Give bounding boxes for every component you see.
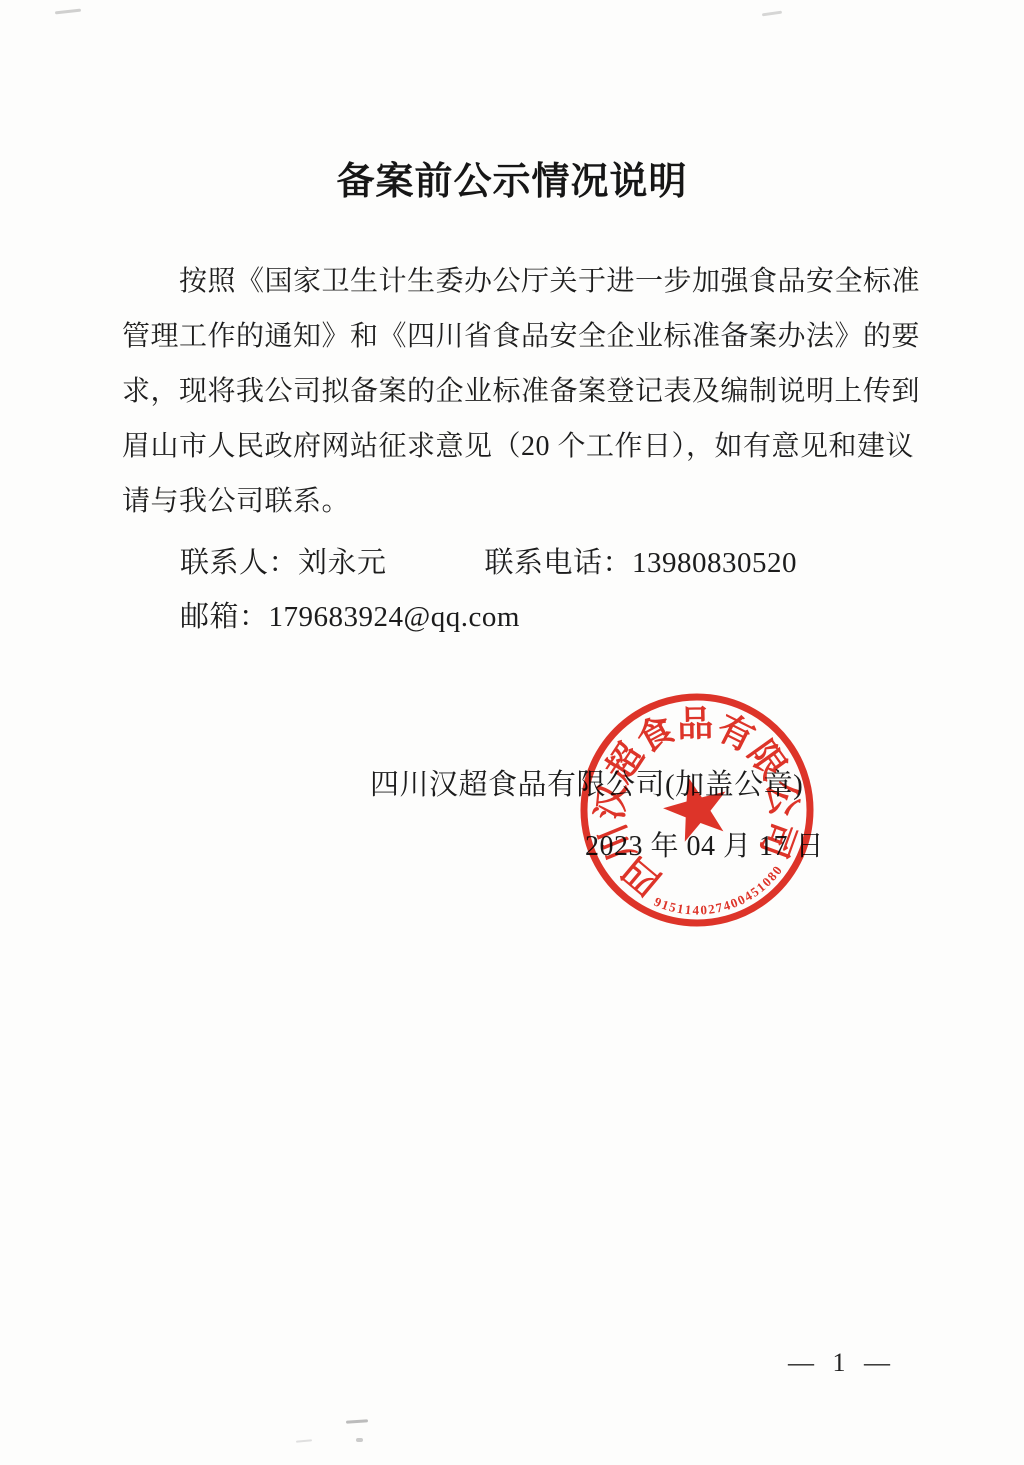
seal-credit-code-char: 0 [700,902,707,917]
scan-artifact [356,1438,363,1442]
contact-person-label: 联系人： [180,547,298,579]
email-address: 179683924@qq.com [269,601,520,633]
contact-person-name: 刘永元 [298,547,387,579]
paragraph-line: 管理工作的通知》和《四川省食品安全企业标准备案办法》的要 [122,309,914,364]
seal-credit-code-char: 4 [693,902,700,917]
document-title: 备案前公示情况说明 [0,150,1024,205]
paragraph-line: 求，现将我公司拟备案的企业标准备案登记表及编制说明上传到 [122,364,914,419]
scan-artifact [762,11,782,17]
seal-company-name-char: 品 [677,704,714,745]
paragraph-line: 按照《国家卫生计生委办公厅关于进一步加强食品安全标准 [122,254,914,309]
document-page: 备案前公示情况说明 按照《国家卫生计生委办公厅关于进一步加强食品安全标准 管理工… [0,0,1024,1465]
contact-phone-number: 13980830520 [632,547,797,579]
scan-artifact [346,1419,368,1424]
seal-company-name-char: 汉 [590,781,633,822]
page-number: — 1 — [788,1348,896,1378]
seal-star-icon [657,769,735,845]
seal-company-name-char: 公 [760,778,805,819]
paragraph-line: 眉山市人民政府网站征求意见（20 个工作日），如有意见和建议 [122,419,914,474]
body-paragraph: 按照《国家卫生计生委办公厅关于进一步加强食品安全标准 管理工作的通知》和《四川省… [122,254,914,529]
paragraph-line: 请与我公司联系。 [122,474,914,529]
scan-artifact [55,9,81,15]
scan-artifact [296,1439,312,1442]
contact-row: 联系人：刘永元联系电话：13980830520 [180,540,797,581]
seal-credit-code-char: 1 [684,902,692,918]
contact-phone-label: 联系电话： [485,547,633,579]
email-label: 邮箱： [180,601,269,633]
company-seal-stamp: 四川汉超食品有限公司915114027400451080 [577,690,817,930]
seal-company-name-char: 司 [753,816,803,864]
email-row: 邮箱：179683924@qq.com [180,594,520,635]
company-seal-svg: 四川汉超食品有限公司915114027400451080 [577,690,817,930]
